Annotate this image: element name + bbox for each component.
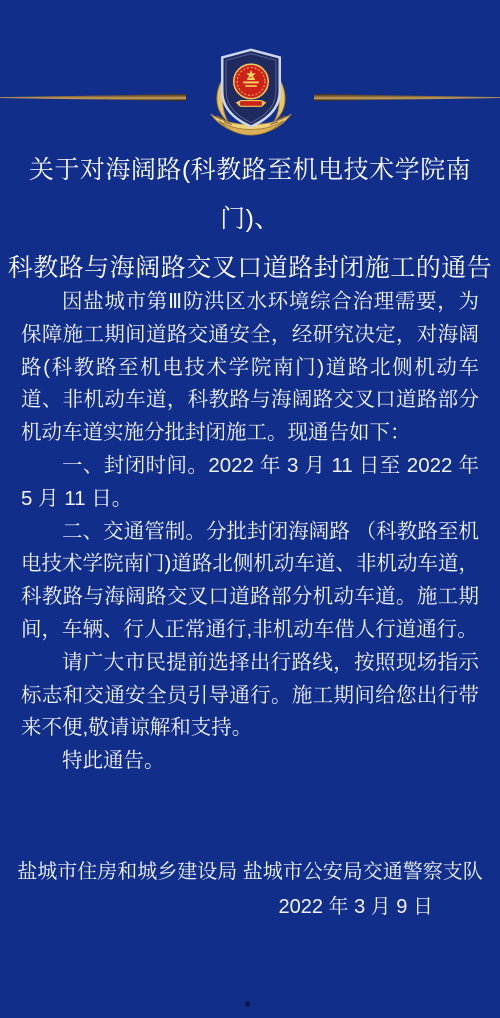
right-divider-line [314, 94, 500, 101]
left-divider-line [0, 94, 186, 101]
police-badge-icon [203, 45, 299, 138]
paragraph-hereby: 特此通告。 [21, 745, 479, 778]
paragraph-advice: 请广大市民提前选择出行路线，按照现场指示标志和交通安全员引导通行。施工期间给您出… [21, 647, 479, 745]
issuing-authorities: 盐城市住房和城乡建设局 盐城市公安局交通警察支队 [0, 855, 500, 884]
notice-body: 因盐城市第Ⅲ防洪区水环境综合治理需要，为保障施工期间道路交通安全，经研究决定，对… [21, 286, 479, 778]
issue-date: 2022 年 3 月 9 日 [0, 890, 433, 919]
notice-title: 关于对海阔路(科教路至机电技术学院南门)、 科教路与海阔路交叉口道路封闭施工的通… [0, 146, 500, 293]
notice-poster: { "page": { "background_color": "#112e8b… [0, 0, 500, 1018]
paragraph-intro: 因盐城市第Ⅲ防洪区水环境综合治理需要，为保障施工期间道路交通安全，经研究决定，对… [21, 286, 479, 450]
notice-title-line1: 关于对海阔路(科教路至机电技术学院南门)、 [0, 146, 500, 244]
paragraph-traffic-control: 二、交通管制。分批封闭海阔路 （科教路至机电技术学院南门)道路北侧机动车道、非机… [21, 516, 479, 647]
paragraph-closure-time: 一、封闭时间。2022 年 3 月 11 日至 2022 年 5 月 11 日。 [21, 450, 479, 516]
bottom-dot [245, 1001, 250, 1007]
